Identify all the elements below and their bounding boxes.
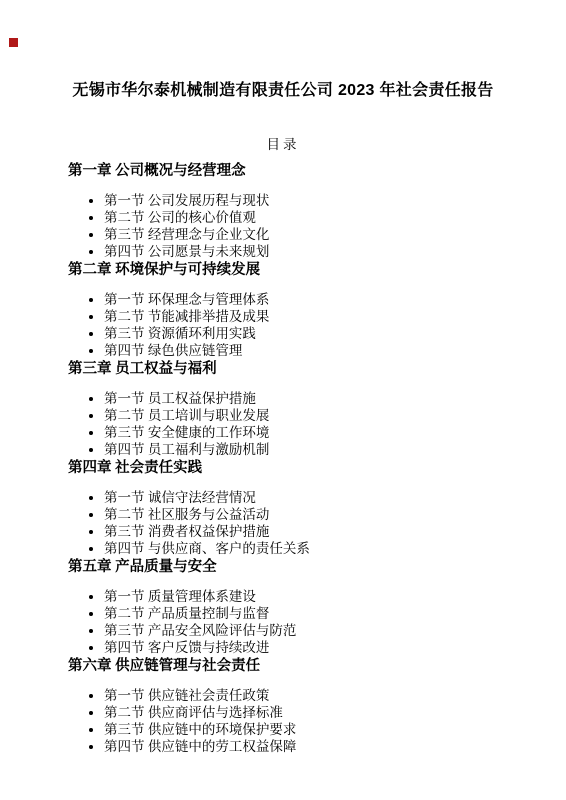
toc-section-item: 第一节 供应链社会责任政策 [104,687,526,704]
chapter-heading: 第二章 环境保护与可持续发展 [68,262,526,279]
toc-section-item: 第四节 供应链中的劳工权益保障 [104,738,526,755]
toc-section-item: 第二节 员工培训与职业发展 [104,407,526,424]
toc-heading: 目录 [0,136,566,153]
toc-section-item: 第三节 消费者权益保护措施 [104,523,526,540]
toc-section-item: 第二节 供应商评估与选择标准 [104,704,526,721]
toc-section-item: 第二节 公司的核心价值观 [104,209,526,226]
toc-section-item: 第三节 资源循环利用实践 [104,325,526,342]
toc-section-item: 第四节 员工福利与激励机制 [104,441,526,458]
toc-section-item: 第二节 社区服务与公益活动 [104,506,526,523]
toc-section-item: 第二节 节能减排举措及成果 [104,308,526,325]
toc-chapter: 第一章 公司概况与经营理念第一节 公司发展历程与现状第二节 公司的核心价值观第三… [68,163,526,260]
chapter-heading: 第五章 产品质量与安全 [68,559,526,576]
toc-section-item: 第三节 安全健康的工作环境 [104,424,526,441]
chapter-section-list: 第一节 质量管理体系建设第二节 产品质量控制与监督第三节 产品安全风险评估与防范… [68,588,526,656]
chapter-heading: 第三章 员工权益与福利 [68,361,526,378]
table-of-contents: 第一章 公司概况与经营理念第一节 公司发展历程与现状第二节 公司的核心价值观第三… [0,163,566,755]
chapter-section-list: 第一节 环保理念与管理体系第二节 节能减排举措及成果第三节 资源循环利用实践第四… [68,291,526,359]
chapter-section-list: 第一节 供应链社会责任政策第二节 供应商评估与选择标准第三节 供应链中的环境保护… [68,687,526,755]
document-page: 无锡市华尔泰机械制造有限责任公司 2023 年社会责任报告 目录 第一章 公司概… [0,0,566,800]
toc-section-item: 第一节 公司发展历程与现状 [104,192,526,209]
toc-chapter: 第二章 环境保护与可持续发展第一节 环保理念与管理体系第二节 节能减排举措及成果… [68,262,526,359]
chapter-section-list: 第一节 公司发展历程与现状第二节 公司的核心价值观第三节 经营理念与企业文化第四… [68,192,526,260]
toc-chapter: 第六章 供应链管理与社会责任第一节 供应链社会责任政策第二节 供应商评估与选择标… [68,658,526,755]
toc-section-item: 第三节 产品安全风险评估与防范 [104,622,526,639]
red-square-marker [9,38,18,47]
toc-section-item: 第一节 员工权益保护措施 [104,390,526,407]
toc-chapter: 第五章 产品质量与安全第一节 质量管理体系建设第二节 产品质量控制与监督第三节 … [68,559,526,656]
chapter-heading: 第六章 供应链管理与社会责任 [68,658,526,675]
toc-section-item: 第一节 诚信守法经营情况 [104,489,526,506]
toc-section-item: 第一节 环保理念与管理体系 [104,291,526,308]
chapter-section-list: 第一节 诚信守法经营情况第二节 社区服务与公益活动第三节 消费者权益保护措施第四… [68,489,526,557]
document-title: 无锡市华尔泰机械制造有限责任公司 2023 年社会责任报告 [0,81,566,101]
chapter-section-list: 第一节 员工权益保护措施第二节 员工培训与职业发展第三节 安全健康的工作环境第四… [68,390,526,458]
toc-section-item: 第四节 客户反馈与持续改进 [104,639,526,656]
toc-section-item: 第一节 质量管理体系建设 [104,588,526,605]
toc-section-item: 第三节 供应链中的环境保护要求 [104,721,526,738]
toc-section-item: 第二节 产品质量控制与监督 [104,605,526,622]
toc-section-item: 第四节 绿色供应链管理 [104,342,526,359]
chapter-heading: 第一章 公司概况与经营理念 [68,163,526,180]
toc-section-item: 第三节 经营理念与企业文化 [104,226,526,243]
toc-section-item: 第四节 与供应商、客户的责任关系 [104,540,526,557]
chapter-heading: 第四章 社会责任实践 [68,460,526,477]
toc-section-item: 第四节 公司愿景与未来规划 [104,243,526,260]
toc-chapter: 第四章 社会责任实践第一节 诚信守法经营情况第二节 社区服务与公益活动第三节 消… [68,460,526,557]
toc-chapter: 第三章 员工权益与福利第一节 员工权益保护措施第二节 员工培训与职业发展第三节 … [68,361,526,458]
